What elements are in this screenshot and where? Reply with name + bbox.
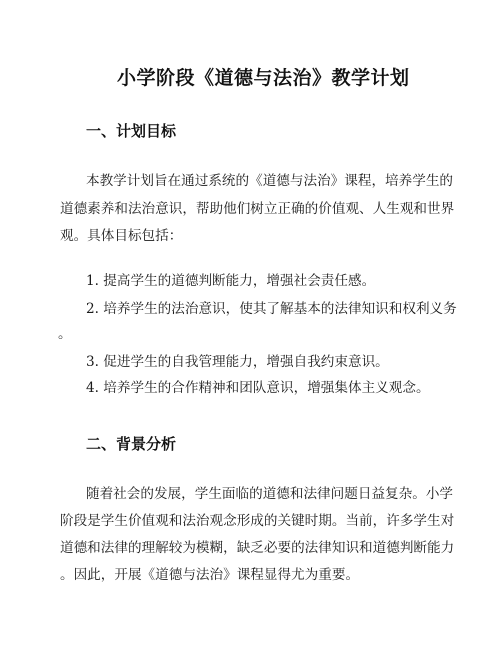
paragraph-line: 道德和法律的理解较为模糊，缺乏必要的法律知识和道德判断能力 [60,540,454,556]
goal-item: 1. 提高学生的道德判断能力，增强社会责任感。 [86,273,375,289]
goal-item: 4. 培养学生的合作精神和团队意识，增强集体主义观念。 [86,380,430,396]
goal-item: 3. 促进学生的自我管理能力，增强自我约束意识。 [86,354,389,370]
paragraph-line: 观。具体目标包括： [60,228,182,244]
document-title: 小学阶段《道德与法治》教学计划 [117,63,410,90]
paragraph-line: 道德素养和法治意识，帮助他们树立正确的价值观、人生观和世界 [60,201,454,217]
paragraph-line: 本教学计划旨在通过系统的《道德与法治》课程，培养学生的 [86,173,453,189]
section-heading-background: 二、背景分析 [86,433,176,454]
section-heading-goals: 一、计划目标 [86,120,176,141]
paragraph-line: 阶段是学生价值观和法治观念形成的关键时期。当前，许多学生对 [60,513,454,529]
goal-item: 2. 培养学生的法治意识，使其了解基本的法律知识和权利义务 [86,301,457,317]
paragraph-line: 。因此，开展《道德与法治》课程显得尤为重要。 [60,567,359,583]
goal-item-continuation: 。 [58,326,72,342]
paragraph-line: 随着社会的发展，学生面临的道德和法律问题日益复杂。小学 [86,486,453,502]
